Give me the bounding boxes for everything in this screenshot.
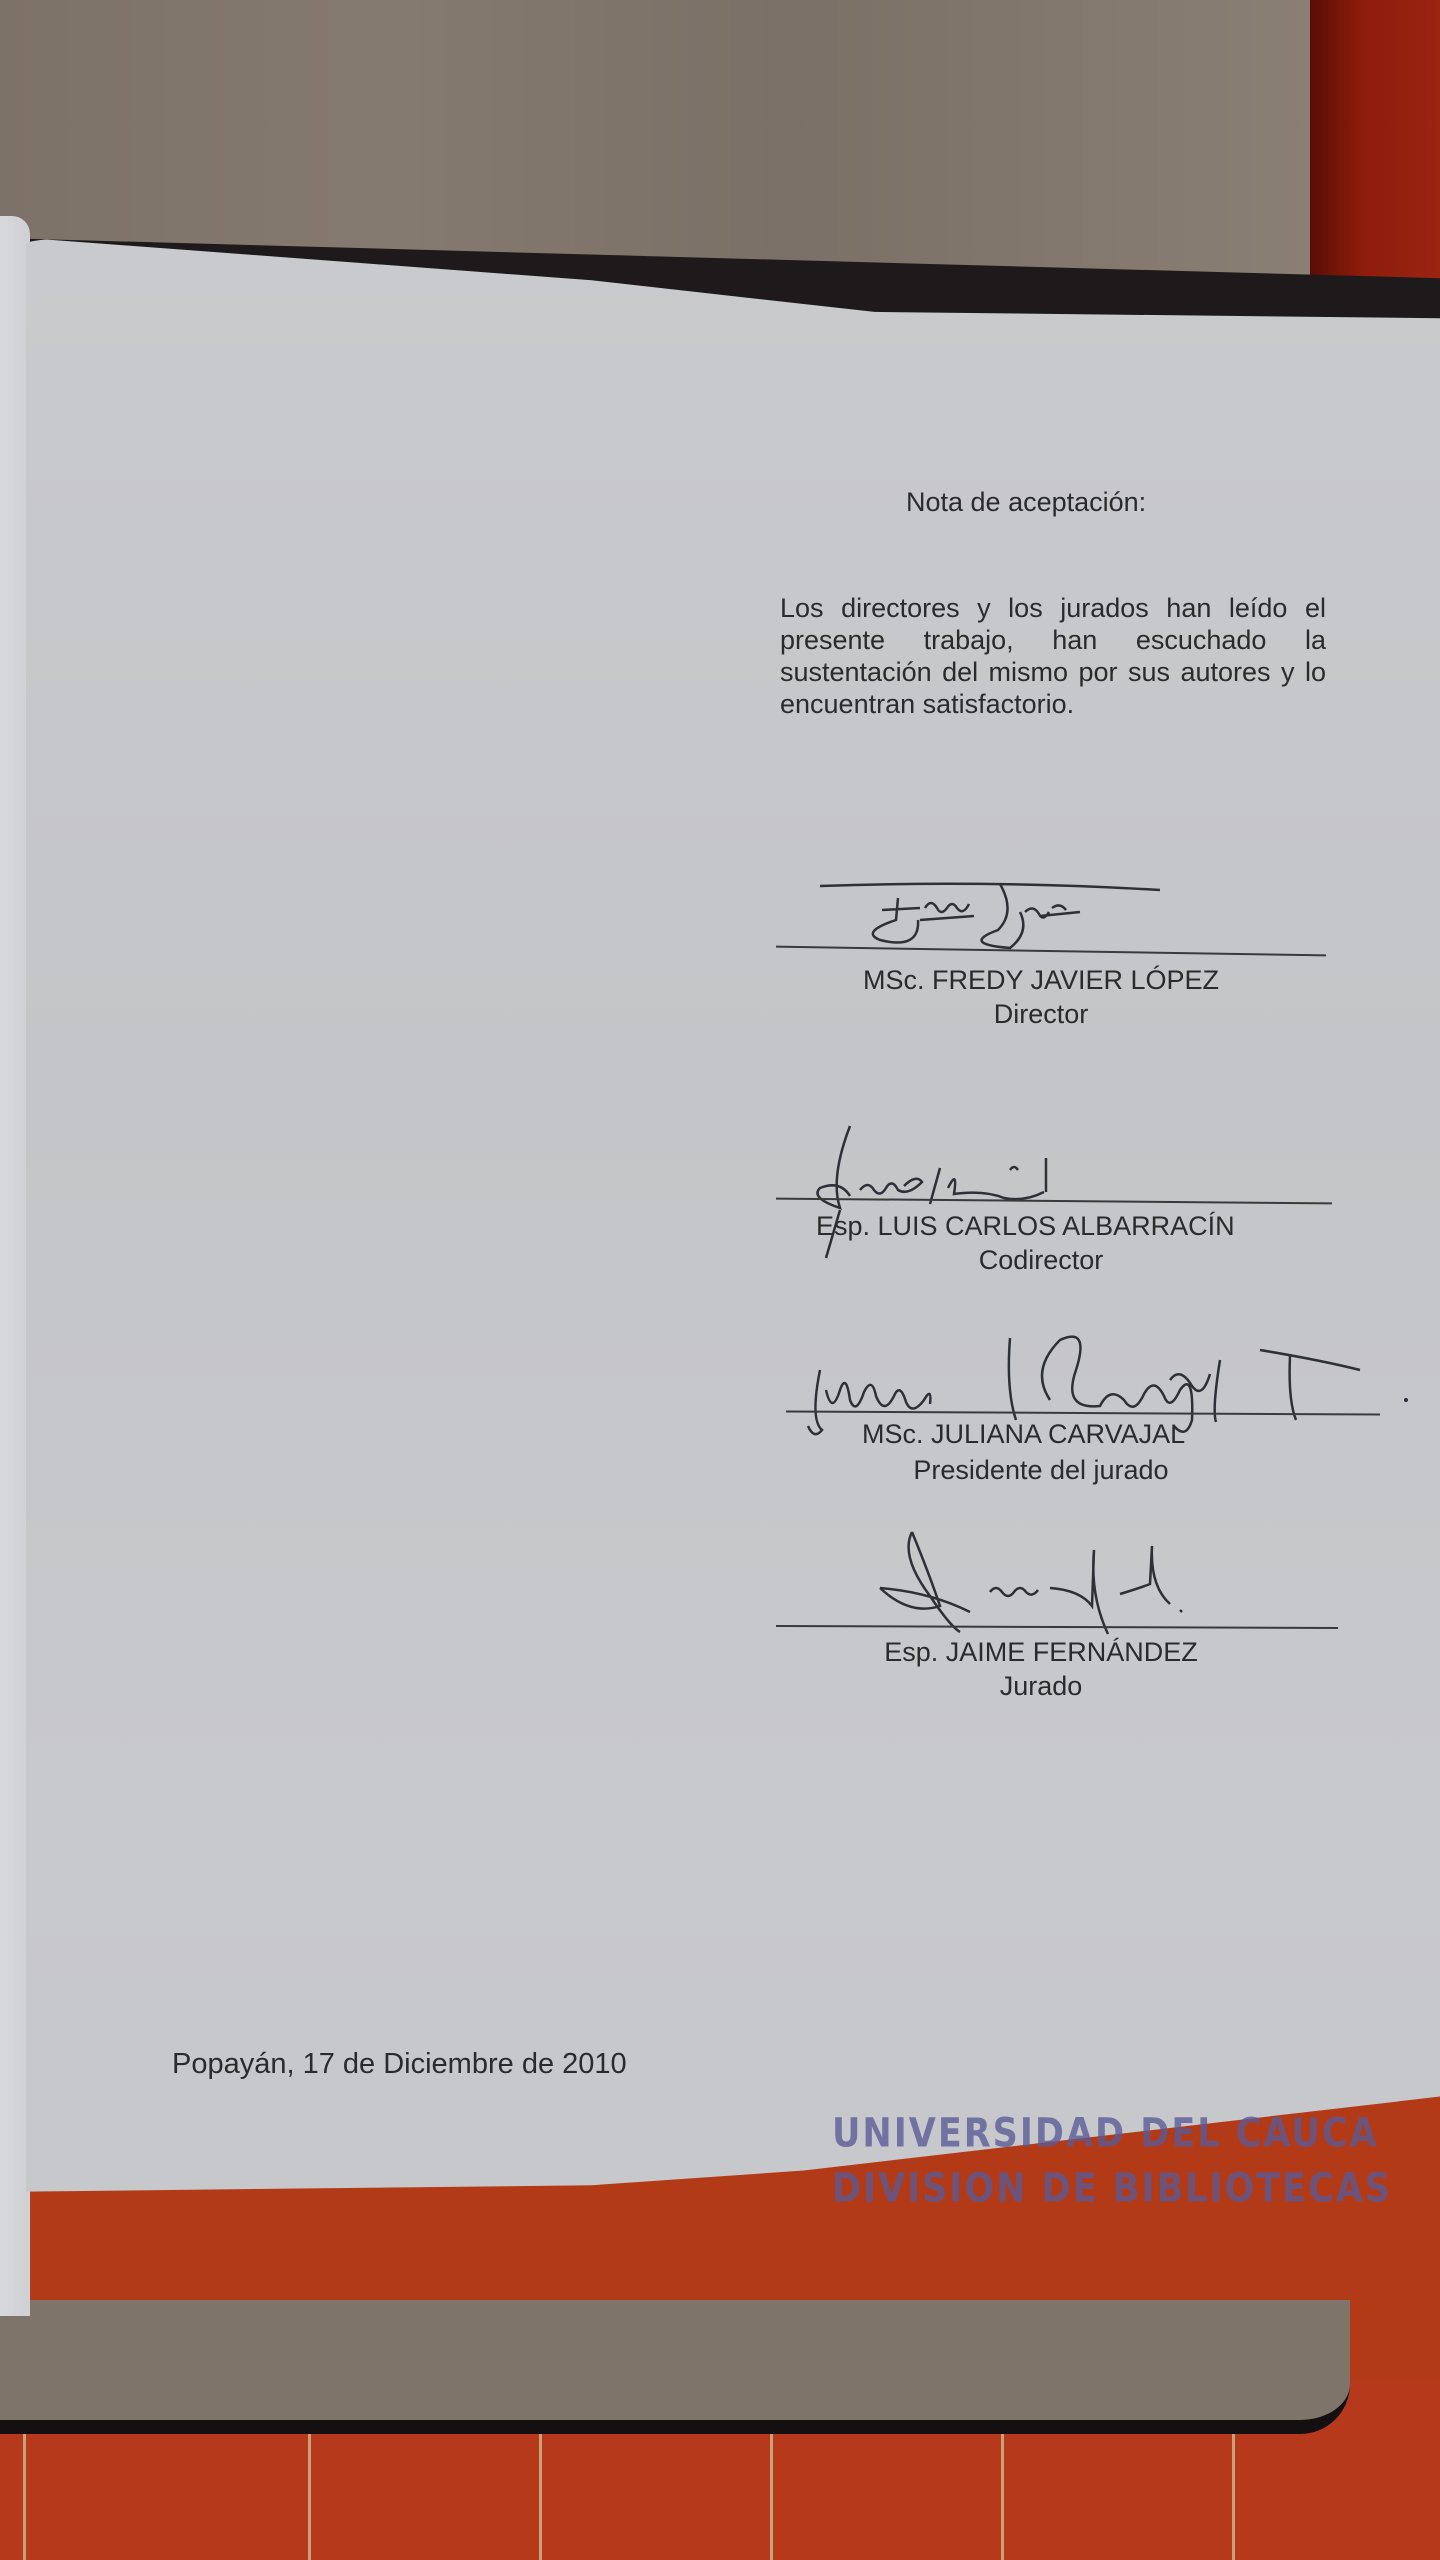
acceptance-heading: Nota de aceptación: xyxy=(906,486,1146,519)
red-surface-top xyxy=(1310,0,1440,290)
signer-name-director: MSc. FREDY JAVIER LÓPEZ xyxy=(836,964,1246,996)
signer-role-director: Director xyxy=(836,998,1246,1030)
signer-role-codirector: Codirector xyxy=(836,1244,1246,1276)
place-and-date: Popayán, 17 de Diciembre de 2010 xyxy=(172,2048,627,2081)
desk-surface-bottom xyxy=(0,2300,1350,2434)
desk-surface-top xyxy=(0,0,1310,280)
signer-role-jurado: Jurado xyxy=(836,1670,1246,1702)
signer-name-codirector: Esp. LUIS CARLOS ALBARRACÍN xyxy=(806,1210,1306,1242)
acceptance-statement: Los directores y los jurados han leído e… xyxy=(780,592,1326,720)
stamp-line-university: UNIVERSIDAD DEL CAUCA xyxy=(832,2106,1392,2161)
previous-page-edge xyxy=(0,216,30,2316)
signer-role-presidente-jurado: Presidente del jurado xyxy=(836,1454,1246,1486)
library-stamp: UNIVERSIDAD DEL CAUCA DIVISION DE BIBLIO… xyxy=(832,2106,1392,2216)
signature-jurado xyxy=(880,1526,1200,1636)
signature-director xyxy=(820,872,1160,952)
document-page xyxy=(26,238,1440,2350)
signer-name-presidente-jurado: MSc. JULIANA CARVAJAL xyxy=(836,1418,1272,1450)
signer-name-jurado: Esp. JAIME FERNÁNDEZ xyxy=(836,1636,1246,1668)
stamp-line-division: DIVISION DE BIBLIOTECAS xyxy=(832,2161,1392,2216)
